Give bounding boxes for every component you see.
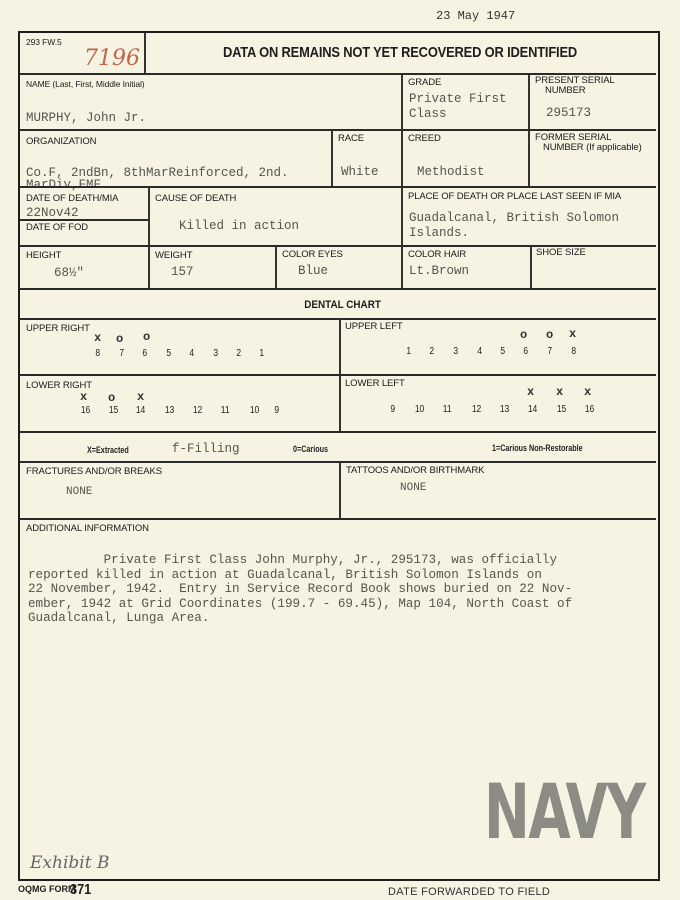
grade-value-line2: Class — [409, 107, 447, 121]
legend-carious-non-restorable: 1=Carious Non-Restorable — [492, 443, 583, 453]
tooth-mark: x — [584, 385, 591, 399]
tooth-number: 5 — [166, 348, 171, 359]
handwritten-exhibit-note: Exhibit B — [30, 853, 109, 873]
date-of-death-value: 22Nov42 — [26, 206, 79, 220]
tooth-number: 3 — [213, 348, 218, 359]
place-of-death-value-line1: Guadalcanal, British Solomon — [409, 211, 619, 225]
dental-chart-title: DENTAL CHART — [304, 299, 381, 311]
organization-label: ORGANIZATION — [26, 137, 96, 147]
date-of-death-label: DATE OF DEATH/MIA — [26, 194, 118, 204]
divider — [20, 318, 656, 320]
name-label: NAME (Last, First, Middle Initial) — [26, 79, 144, 89]
color-eyes-value: Blue — [298, 264, 328, 278]
divider — [401, 75, 403, 130]
divider — [339, 319, 341, 432]
upper-right-label: UPPER RIGHT — [26, 324, 90, 334]
tooth-number: 6 — [142, 348, 147, 359]
tooth-number: 2 — [236, 348, 241, 359]
divider — [20, 186, 656, 188]
divider — [20, 288, 656, 290]
additional-info-label: ADDITIONAL INFORMATION — [26, 524, 149, 534]
tooth-number: 14 — [528, 404, 537, 415]
divider — [20, 219, 148, 221]
shoe-size-label: SHOE SIZE — [536, 248, 586, 258]
lower-left-label: LOWER LEFT — [345, 379, 405, 389]
divider — [275, 246, 277, 289]
divider — [20, 374, 656, 376]
form-number: 371 — [70, 881, 91, 898]
height-value: 68½" — [54, 266, 84, 280]
tooth-number: 13 — [165, 405, 174, 416]
cause-of-death-label: CAUSE OF DEATH — [155, 194, 236, 204]
form-prefix: OQMG FORM — [18, 884, 76, 894]
tooth-number: 12 — [472, 404, 481, 415]
legend-filling: f-Filling — [172, 442, 240, 456]
tooth-number: 10 — [250, 405, 259, 416]
race-value: White — [341, 165, 379, 179]
tattoos-value: NONE — [400, 481, 426, 495]
tooth-number: 14 — [136, 405, 145, 416]
tooth-mark: o — [143, 330, 150, 344]
place-of-death-value-line2: Islands. — [409, 226, 469, 240]
divider — [20, 518, 656, 520]
tooth-mark: x — [80, 390, 87, 404]
tooth-number: 5 — [500, 346, 505, 357]
place-of-death-label: PLACE OF DEATH OR PLACE LAST SEEN IF MIA — [408, 192, 621, 202]
date-forwarded-label: DATE FORWARDED TO FIELD — [388, 886, 550, 898]
tooth-number: 16 — [585, 404, 594, 415]
color-eyes-label: COLOR EYES — [282, 250, 343, 260]
divider — [20, 461, 656, 463]
tooth-mark: x — [569, 327, 576, 341]
navy-stamp: NAVY — [484, 772, 645, 852]
tooth-mark: x — [527, 385, 534, 399]
tooth-number: 6 — [523, 346, 528, 357]
former-serial-label-line2: NUMBER (If applicable) — [543, 143, 642, 153]
tooth-number: 10 — [415, 404, 424, 415]
grade-label: GRADE — [408, 78, 441, 88]
divider — [530, 246, 532, 289]
file-reference: 293 FW.5 — [26, 37, 62, 47]
tooth-mark: x — [556, 385, 563, 399]
divider — [339, 462, 341, 518]
tooth-number: 4 — [189, 348, 194, 359]
tooth-number: 16 — [81, 405, 90, 416]
color-hair-label: COLOR HAIR — [408, 250, 466, 260]
tooth-number: 15 — [557, 404, 566, 415]
tooth-number: 9 — [390, 404, 395, 415]
weight-value: 157 — [171, 265, 194, 279]
legend-carious: 0=Carious — [293, 444, 328, 454]
present-serial-value: 295173 — [546, 106, 591, 120]
tooth-number: 4 — [477, 346, 482, 357]
divider — [20, 431, 656, 433]
tooth-number: 2 — [429, 346, 434, 357]
divider — [148, 187, 150, 289]
tooth-mark: o — [546, 328, 553, 342]
tooth-number: 1 — [406, 346, 411, 357]
fractures-label: FRACTURES AND/OR BREAKS — [26, 467, 162, 477]
fractures-value: NONE — [66, 485, 92, 499]
tooth-number: 12 — [193, 405, 202, 416]
color-hair-value: Lt.Brown — [409, 264, 469, 278]
tooth-number: 8 — [571, 346, 576, 357]
name-value: MURPHY, John Jr. — [26, 111, 146, 125]
additional-info-text: Private First Class John Murphy, Jr., 29… — [28, 553, 648, 626]
organization-value-line2: MarDiv,FMF. — [26, 178, 109, 192]
tooth-number: 3 — [453, 346, 458, 357]
tooth-number: 13 — [500, 404, 509, 415]
divider — [401, 130, 403, 186]
tooth-number: 9 — [274, 405, 279, 416]
legend-extracted: X=Extracted — [87, 445, 129, 455]
date-of-fod-label: DATE OF FOD — [26, 223, 88, 233]
tooth-mark: o — [520, 328, 527, 342]
upper-left-label: UPPER LEFT — [345, 322, 403, 332]
divider — [20, 129, 656, 131]
tattoos-label: TATTOOS AND/OR BIRTHMARK — [346, 466, 484, 476]
form-frame — [18, 31, 660, 881]
creed-label: CREED — [408, 134, 441, 144]
tooth-mark: x — [137, 390, 144, 404]
document-date: 23 May 1947 — [436, 9, 515, 23]
tooth-number: 8 — [95, 348, 100, 359]
present-serial-label-line2: NUMBER — [545, 86, 586, 96]
tooth-number: 15 — [109, 405, 118, 416]
tooth-number: 7 — [547, 346, 552, 357]
divider — [144, 33, 146, 75]
divider — [401, 187, 403, 289]
handwritten-case-number: 7196 — [84, 46, 140, 71]
cause-of-death-value: Killed in action — [179, 219, 299, 233]
weight-label: WEIGHT — [155, 251, 192, 261]
tooth-number: 11 — [221, 405, 230, 416]
tooth-number: 11 — [443, 404, 452, 415]
divider — [331, 130, 333, 186]
tooth-number: 1 — [259, 348, 264, 359]
divider — [528, 75, 530, 187]
creed-value: Methodist — [417, 165, 485, 179]
page-title: DATA ON REMAINS NOT YET RECOVERED OR IDE… — [182, 44, 619, 61]
height-label: HEIGHT — [26, 251, 61, 261]
grade-value-line1: Private First — [409, 92, 507, 106]
tooth-number: 7 — [119, 348, 124, 359]
race-label: RACE — [338, 134, 364, 144]
tooth-mark: x — [94, 331, 101, 345]
tooth-mark: o — [116, 332, 123, 346]
tooth-mark: o — [108, 391, 115, 405]
